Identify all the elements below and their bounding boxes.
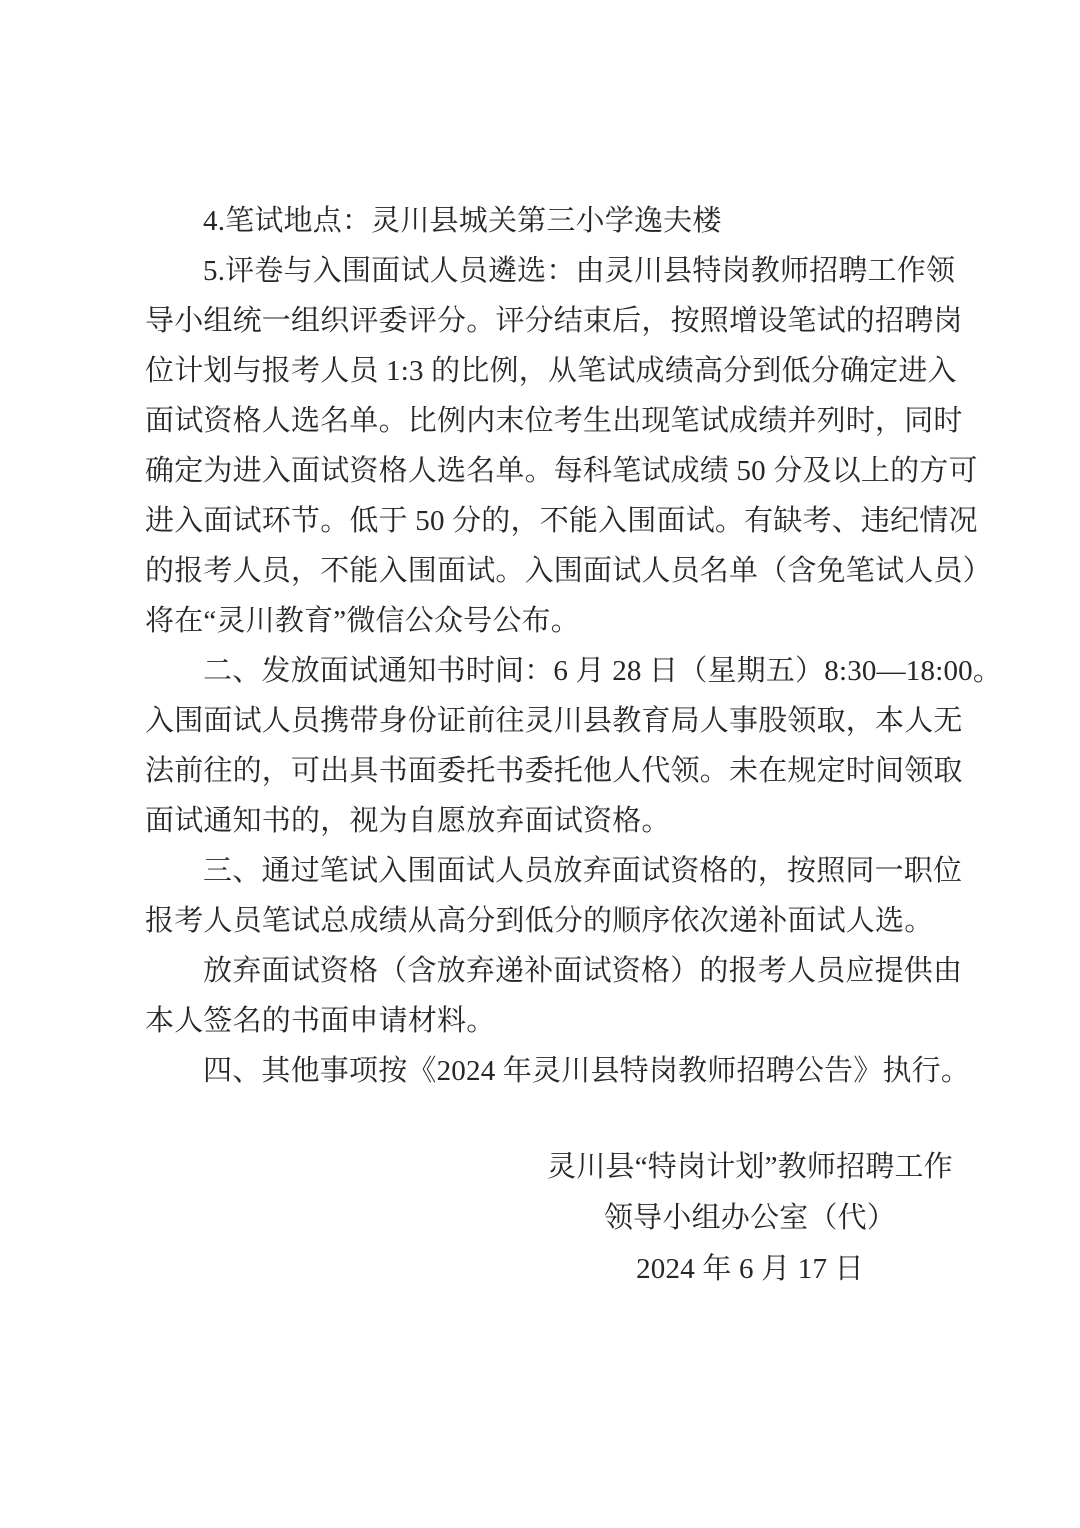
document-page: 4.笔试地点：灵川县城关第三小学逸夫楼5.评卷与入围面试人员遴选：由灵川县特岗教…: [0, 0, 1080, 1528]
document-line: 导小组统一组织评委评分。评分结束后，按照增设笔试的招聘岗: [145, 296, 965, 346]
document-line: 4.笔试地点：灵川县城关第三小学逸夫楼: [145, 196, 965, 246]
signature-block: 灵川县“特岗计划”教师招聘工作 领导小组办公室（代） 2024 年 6 月 17…: [535, 1142, 965, 1295]
document-body: 4.笔试地点：灵川县城关第三小学逸夫楼5.评卷与入围面试人员遴选：由灵川县特岗教…: [145, 196, 965, 1096]
document-line: 入围面试人员携带身份证前往灵川县教育局人事股领取，本人无: [145, 696, 965, 746]
document-line: 四、其他事项按《2024 年灵川县特岗教师招聘公告》执行。: [145, 1046, 965, 1096]
document-line: 面试资格人选名单。比例内末位考生出现笔试成绩并列时，同时: [145, 396, 965, 446]
document-line: 的报考人员，不能入围面试。入围面试人员名单（含免笔试人员）: [145, 546, 965, 596]
document-line: 三、通过笔试入围面试人员放弃面试资格的，按照同一职位: [145, 846, 965, 896]
document-line: 位计划与报考人员 1:3 的比例，从笔试成绩高分到低分确定进入: [145, 346, 965, 396]
document-line: 面试通知书的，视为自愿放弃面试资格。: [145, 796, 965, 846]
signature-org-line-1: 灵川县“特岗计划”教师招聘工作: [535, 1142, 965, 1193]
document-line: 本人签名的书面申请材料。: [145, 996, 965, 1046]
document-line: 5.评卷与入围面试人员遴选：由灵川县特岗教师招聘工作领: [145, 246, 965, 296]
document-line: 进入面试环节。低于 50 分的，不能入围面试。有缺考、违纪情况: [145, 496, 965, 546]
signature-org-line-2: 领导小组办公室（代）: [535, 1193, 965, 1244]
document-line: 将在“灵川教育”微信公众号公布。: [145, 596, 965, 646]
document-line: 确定为进入面试资格人选名单。每科笔试成绩 50 分及以上的方可: [145, 446, 965, 496]
signature-date: 2024 年 6 月 17 日: [535, 1244, 965, 1295]
document-line: 放弃面试资格（含放弃递补面试资格）的报考人员应提供由: [145, 946, 965, 996]
document-line: 报考人员笔试总成绩从高分到低分的顺序依次递补面试人选。: [145, 896, 965, 946]
document-line: 二、发放面试通知书时间：6 月 28 日（星期五）8:30—18:00。: [145, 646, 965, 696]
document-line: 法前往的，可出具书面委托书委托他人代领。未在规定时间领取: [145, 746, 965, 796]
